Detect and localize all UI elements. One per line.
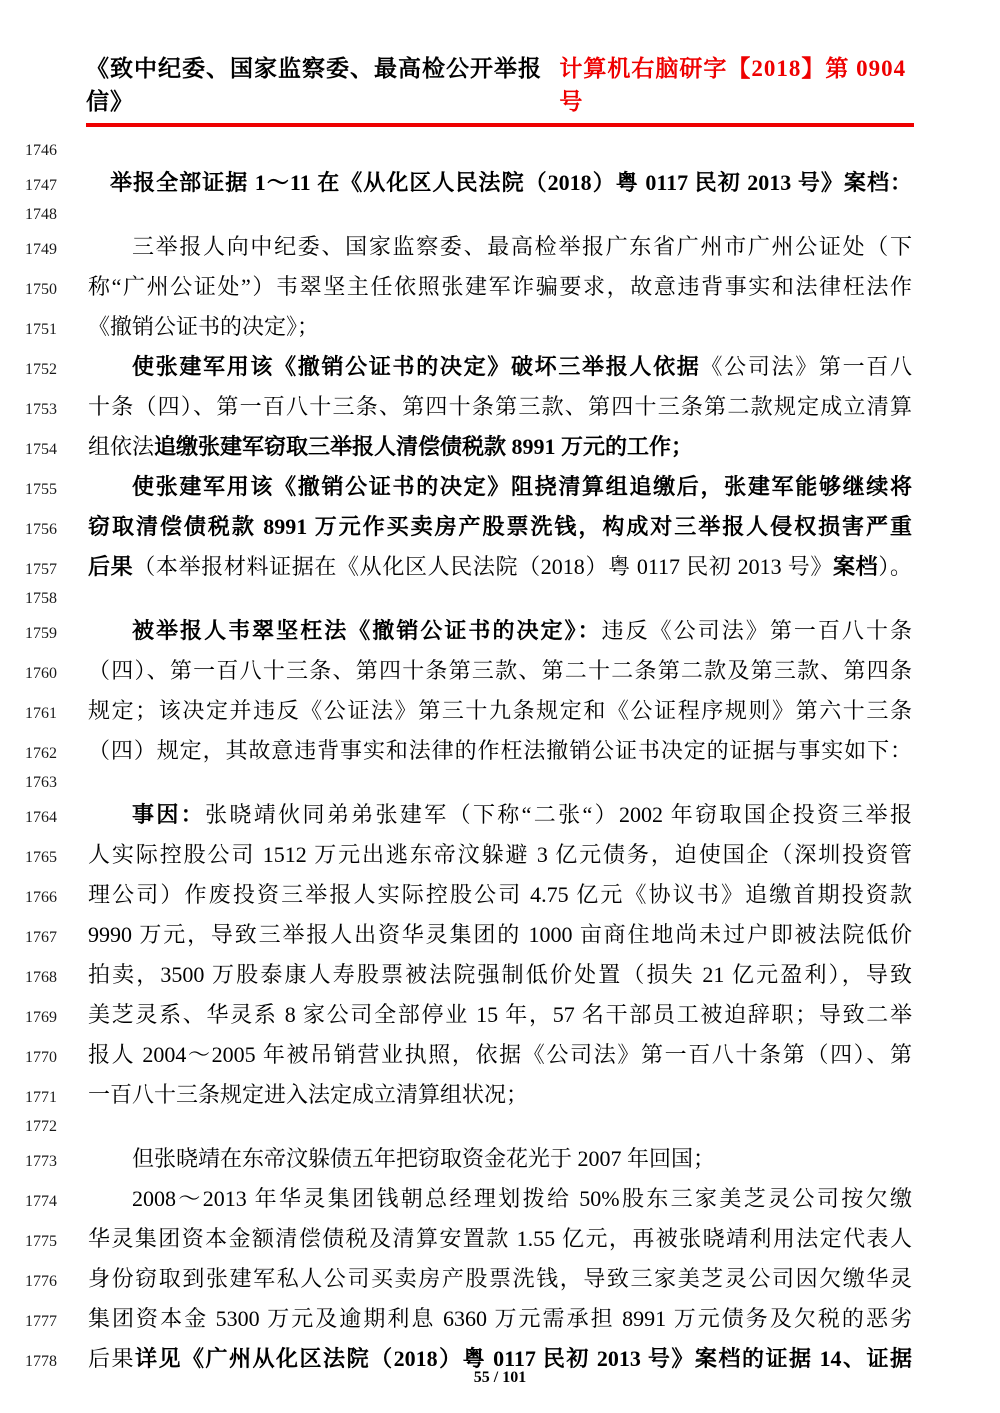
document-line: 1762（四）规定，其故意违背事实和法律的作枉法撤销公证书决定的证据与事实如下： bbox=[0, 731, 1000, 771]
line-text: 举报全部证据 1～11 在《从化区人民法院（2018）粤 0117 民初 201… bbox=[88, 163, 912, 203]
line-text: 事因：张晓靖伙同弟弟张建军（下称“二张“）2002 年窃取国企投资三举报 bbox=[88, 795, 912, 835]
text-segment-bold: 使张建军用该《撤销公证书的决定》阻挠清算组追缴后，张建军能够继续将 bbox=[132, 474, 912, 499]
text-segment: ）。 bbox=[878, 554, 912, 579]
line-text: 《撤销公证书的决定》； bbox=[88, 307, 912, 347]
line-number: 1772 bbox=[0, 1115, 88, 1139]
document-title: 《致中纪委、国家监察委、最高检公开举报信》 bbox=[86, 50, 559, 116]
line-number: 1775 bbox=[0, 1222, 88, 1262]
text-segment: 《公司法》第一百八 bbox=[700, 354, 912, 379]
text-segment: 9990 万元，导致三举报人出资华灵集团的 1000 亩商住地尚未过户即被法院低… bbox=[88, 922, 912, 947]
document-line: 1753十条（四）、第一百八十三条、第四十条第三款、第四十三条第二款规定成立清算 bbox=[0, 387, 1000, 427]
document-line: 1756窃取清偿债税款 8991 万元作买卖房产股票洗钱，构成对三举报人侵权损害… bbox=[0, 507, 1000, 547]
line-number: 1754 bbox=[0, 430, 88, 470]
line-number: 1773 bbox=[0, 1142, 88, 1182]
text-segment: 三举报人向中纪委、国家监察委、最高检举报广东省广州市广州公证处（下 bbox=[132, 234, 912, 259]
text-segment: 2008～2013 年华灵集团钱朝总经理划拨给 50%股东三家美芝灵公司按欠缴 bbox=[132, 1186, 912, 1211]
text-segment: 人实际控股公司 1512 万元出逃东帝汶躲避 3 亿元债务，迫使国企（深圳投资管 bbox=[88, 842, 912, 867]
line-number: 1759 bbox=[0, 614, 88, 654]
line-number: 1746 bbox=[0, 139, 88, 163]
text-segment: 但张晓靖在东帝汶躲债五年把窃取资金花光于 2007 年回国； bbox=[132, 1146, 715, 1171]
text-segment: 报人 2004～2005 年被吊销营业执照，依据《公司法》第一百八十条第（四）、… bbox=[88, 1042, 912, 1067]
document-line: 1775华灵集团资本金额清偿债税及清算安置款 1.55 亿元，再被张晓靖利用法定… bbox=[0, 1219, 1000, 1259]
text-segment-bold: 事因： bbox=[132, 802, 205, 827]
text-segment: 十条（四）、第一百八十三条、第四十条第三款、第四十三条第二款规定成立清算 bbox=[88, 394, 912, 419]
line-text: 窃取清偿债税款 8991 万元作买卖房产股票洗钱，构成对三举报人侵权损害严重 bbox=[88, 507, 912, 547]
text-segment: （四）规定，其故意违背事实和法律的作枉法撤销公证书决定的证据与事实如下： bbox=[88, 738, 912, 763]
document-line: 1777集团资本金 5300 万元及逾期利息 6360 万元需承担 8991 万… bbox=[0, 1299, 1000, 1339]
line-text: 报人 2004～2005 年被吊销营业执照，依据《公司法》第一百八十条第（四）、… bbox=[88, 1035, 912, 1075]
document-number: 计算机右脑研字【2018】第 0904 号 bbox=[559, 50, 914, 116]
line-text: 后果（本举报材料证据在《从化区人民法院（2018）粤 0117 民初 2013 … bbox=[88, 547, 912, 587]
line-number: 1771 bbox=[0, 1078, 88, 1118]
text-segment: 集团资本金 5300 万元及逾期利息 6360 万元需承担 8991 万元债务及… bbox=[88, 1306, 912, 1331]
line-number: 1747 bbox=[0, 166, 88, 206]
document-line: 1776身份窃取到张建军私人公司买卖房产股票洗钱，导致三家美芝灵公司因欠缴华灵 bbox=[0, 1259, 1000, 1299]
document-line: 1766理公司）作废投资三举报人实际控股公司 4.75 亿元《协议书》追缴首期投… bbox=[0, 875, 1000, 915]
text-segment: 后果 bbox=[88, 1346, 135, 1371]
document-line: 1746 bbox=[0, 139, 1000, 163]
document-line: 1748 bbox=[0, 203, 1000, 227]
line-number: 1751 bbox=[0, 310, 88, 350]
line-text: 称“广州公证处”）韦翠坚主任依照张建军诈骗要求，故意违背事实和法律枉法作 bbox=[88, 267, 912, 307]
text-segment: 华灵集团资本金额清偿债税及清算安置款 1.55 亿元，再被张晓靖利用法定代表人 bbox=[88, 1226, 912, 1251]
line-number: 1776 bbox=[0, 1262, 88, 1302]
text-segment: 组依法 bbox=[88, 434, 154, 459]
line-number: 1764 bbox=[0, 798, 88, 838]
line-text: 2008～2013 年华灵集团钱朝总经理划拨给 50%股东三家美芝灵公司按欠缴 bbox=[88, 1179, 912, 1219]
line-number: 1765 bbox=[0, 838, 88, 878]
text-segment: 拍卖，3500 万股泰康人寿股票被法院强制低价处置（损失 21 亿元盈利），导致 bbox=[88, 962, 912, 987]
document-line: 1771一百八十三条规定进入法定成立清算组状况； bbox=[0, 1075, 1000, 1115]
text-segment-bold: 详见《广州从化区法院（2018）粤 0117 民初 2013 号》案档的证据 1… bbox=[135, 1346, 912, 1371]
text-segment: 违反《公司法》第一百八十条 bbox=[602, 618, 912, 643]
text-segment: 一百八十三条规定进入法定成立清算组状况； bbox=[88, 1082, 528, 1107]
document-line: 1761规定；该决定并违反《公证法》第三十九条规定和《公证程序规则》第六十三条 bbox=[0, 691, 1000, 731]
line-text: 使张建军用该《撤销公证书的决定》破坏三举报人依据《公司法》第一百八 bbox=[88, 347, 912, 387]
line-number: 1774 bbox=[0, 1182, 88, 1222]
document-line: 17679990 万元，导致三举报人出资华灵集团的 1000 亩商住地尚未过户即… bbox=[0, 915, 1000, 955]
document-line: 1772 bbox=[0, 1115, 1000, 1139]
text-segment: 理公司）作废投资三举报人实际控股公司 4.75 亿元《协议书》追缴首期投资款 bbox=[88, 882, 912, 907]
document-line: 17742008～2013 年华灵集团钱朝总经理划拨给 50%股东三家美芝灵公司… bbox=[0, 1179, 1000, 1219]
text-segment-bold: 窃取清偿债税款 8991 万元作买卖房产股票洗钱，构成对三举报人侵权损害严重 bbox=[88, 514, 912, 539]
line-text: 集团资本金 5300 万元及逾期利息 6360 万元需承担 8991 万元债务及… bbox=[88, 1299, 912, 1339]
document-line: 1755使张建军用该《撤销公证书的决定》阻挠清算组追缴后，张建军能够继续将 bbox=[0, 467, 1000, 507]
document-line: 1768拍卖，3500 万股泰康人寿股票被法院强制低价处置（损失 21 亿元盈利… bbox=[0, 955, 1000, 995]
document-line: 1754组依法追缴张建军窃取三举报人清偿债税款 8991 万元的工作； bbox=[0, 427, 1000, 467]
line-text: （四）规定，其故意违背事实和法律的作枉法撤销公证书决定的证据与事实如下： bbox=[88, 731, 912, 771]
text-segment: （四）、第一百八十三条、第四十条第三款、第二十二条第二款及第三款、第四条 bbox=[88, 658, 912, 683]
document-body: 17461747举报全部证据 1～11 在《从化区人民法院（2018）粤 011… bbox=[0, 139, 1000, 1379]
line-text: 人实际控股公司 1512 万元出逃东帝汶躲避 3 亿元债务，迫使国企（深圳投资管 bbox=[88, 835, 912, 875]
text-segment: （本举报材料证据在《从化区人民法院（2018）粤 0117 民初 2013 号》 bbox=[133, 554, 833, 579]
text-segment: 张晓靖伙同弟弟张建军（下称“二张“）2002 年窃取国企投资三举报 bbox=[205, 802, 912, 827]
line-text: 9990 万元，导致三举报人出资华灵集团的 1000 亩商住地尚未过户即被法院低… bbox=[88, 915, 912, 955]
line-number: 1761 bbox=[0, 694, 88, 734]
line-text: 组依法追缴张建军窃取三举报人清偿债税款 8991 万元的工作； bbox=[88, 427, 912, 467]
document-line: 1758 bbox=[0, 587, 1000, 611]
line-text: 美芝灵系、华灵系 8 家公司全部停业 15 年，57 名干部员工被迫辞职；导致二… bbox=[88, 995, 912, 1035]
page-header: 《致中纪委、国家监察委、最高检公开举报信》 计算机右脑研字【2018】第 090… bbox=[86, 50, 914, 127]
text-segment-bold: 后果 bbox=[88, 554, 133, 579]
document-line: 1751《撤销公证书的决定》； bbox=[0, 307, 1000, 347]
line-number: 1757 bbox=[0, 550, 88, 590]
line-text: 规定；该决定并违反《公证法》第三十九条规定和《公证程序规则》第六十三条 bbox=[88, 691, 912, 731]
line-number: 1768 bbox=[0, 958, 88, 998]
line-text: （四）、第一百八十三条、第四十条第三款、第二十二条第二款及第三款、第四条 bbox=[88, 651, 912, 691]
document-line: 1760（四）、第一百八十三条、第四十条第三款、第二十二条第二款及第三款、第四条 bbox=[0, 651, 1000, 691]
line-number: 1749 bbox=[0, 230, 88, 270]
line-number: 1770 bbox=[0, 1038, 88, 1078]
line-text: 一百八十三条规定进入法定成立清算组状况； bbox=[88, 1075, 912, 1115]
document-line: 1765人实际控股公司 1512 万元出逃东帝汶躲避 3 亿元债务，迫使国企（深… bbox=[0, 835, 1000, 875]
text-segment: 称“广州公证处”）韦翠坚主任依照张建军诈骗要求，故意违背事实和法律枉法作 bbox=[88, 274, 912, 299]
document-line: 1750称“广州公证处”）韦翠坚主任依照张建军诈骗要求，故意违背事实和法律枉法作 bbox=[0, 267, 1000, 307]
document-line: 1752使张建军用该《撤销公证书的决定》破坏三举报人依据《公司法》第一百八 bbox=[0, 347, 1000, 387]
line-number: 1756 bbox=[0, 510, 88, 550]
text-segment: 美芝灵系、华灵系 8 家公司全部停业 15 年，57 名干部员工被迫辞职；导致二… bbox=[88, 1002, 912, 1027]
document-line: 1770报人 2004～2005 年被吊销营业执照，依据《公司法》第一百八十条第… bbox=[0, 1035, 1000, 1075]
line-text: 但张晓靖在东帝汶躲债五年把窃取资金花光于 2007 年回国； bbox=[88, 1139, 912, 1179]
line-text: 华灵集团资本金额清偿债税及清算安置款 1.55 亿元，再被张晓靖利用法定代表人 bbox=[88, 1219, 912, 1259]
text-segment-bold: 案档 bbox=[833, 554, 878, 579]
text-segment-bold: 追缴张建军窃取三举报人清偿债税款 8991 万元的工作； bbox=[154, 434, 693, 459]
line-number: 1755 bbox=[0, 470, 88, 510]
document-line: 1747举报全部证据 1～11 在《从化区人民法院（2018）粤 0117 民初… bbox=[0, 163, 1000, 203]
document-line: 1757后果（本举报材料证据在《从化区人民法院（2018）粤 0117 民初 2… bbox=[0, 547, 1000, 587]
line-number: 1766 bbox=[0, 878, 88, 918]
line-text: 理公司）作废投资三举报人实际控股公司 4.75 亿元《协议书》追缴首期投资款 bbox=[88, 875, 912, 915]
line-number: 1750 bbox=[0, 270, 88, 310]
text-segment: 规定；该决定并违反《公证法》第三十九条规定和《公证程序规则》第六十三条 bbox=[88, 698, 912, 723]
line-number: 1752 bbox=[0, 350, 88, 390]
line-text: 被举报人韦翠坚枉法《撤销公证书的决定》：违反《公司法》第一百八十条 bbox=[88, 611, 912, 651]
document-line: 1773但张晓靖在东帝汶躲债五年把窃取资金花光于 2007 年回国； bbox=[0, 1139, 1000, 1179]
text-segment-bold: 使张建军用该《撤销公证书的决定》破坏三举报人依据 bbox=[132, 354, 700, 379]
document-line: 1763 bbox=[0, 771, 1000, 795]
line-text: 身份窃取到张建军私人公司买卖房产股票洗钱，导致三家美芝灵公司因欠缴华灵 bbox=[88, 1259, 912, 1299]
line-number: 1763 bbox=[0, 771, 88, 795]
line-number: 1777 bbox=[0, 1302, 88, 1342]
document-line: 1759被举报人韦翠坚枉法《撤销公证书的决定》：违反《公司法》第一百八十条 bbox=[0, 611, 1000, 651]
document-line: 1769美芝灵系、华灵系 8 家公司全部停业 15 年，57 名干部员工被迫辞职… bbox=[0, 995, 1000, 1035]
line-number: 1753 bbox=[0, 390, 88, 430]
line-number: 1767 bbox=[0, 918, 88, 958]
text-segment: 身份窃取到张建军私人公司买卖房产股票洗钱，导致三家美芝灵公司因欠缴华灵 bbox=[88, 1266, 912, 1291]
line-number: 1758 bbox=[0, 587, 88, 611]
text-segment-bold: 举报全部证据 1～11 在《从化区人民法院（2018）粤 0117 民初 201… bbox=[110, 170, 912, 195]
page-number: 55 / 101 bbox=[474, 1369, 526, 1386]
line-text: 三举报人向中纪委、国家监察委、最高检举报广东省广州市广州公证处（下 bbox=[88, 227, 912, 267]
document-line: 1764事因：张晓靖伙同弟弟张建军（下称“二张“）2002 年窃取国企投资三举报 bbox=[0, 795, 1000, 835]
line-text: 十条（四）、第一百八十三条、第四十条第三款、第四十三条第二款规定成立清算 bbox=[88, 387, 912, 427]
line-number: 1748 bbox=[0, 203, 88, 227]
line-text: 拍卖，3500 万股泰康人寿股票被法院强制低价处置（损失 21 亿元盈利），导致 bbox=[88, 955, 912, 995]
document-line: 1749三举报人向中纪委、国家监察委、最高检举报广东省广州市广州公证处（下 bbox=[0, 227, 1000, 267]
line-text: 使张建军用该《撤销公证书的决定》阻挠清算组追缴后，张建军能够继续将 bbox=[88, 467, 912, 507]
line-number: 1762 bbox=[0, 734, 88, 774]
page-footer: 55 / 101 bbox=[0, 1369, 1000, 1387]
text-segment: 《撤销公证书的决定》； bbox=[88, 314, 319, 339]
line-number: 1760 bbox=[0, 654, 88, 694]
text-segment-bold: 被举报人韦翠坚枉法《撤销公证书的决定》： bbox=[132, 618, 602, 643]
line-number: 1769 bbox=[0, 998, 88, 1038]
